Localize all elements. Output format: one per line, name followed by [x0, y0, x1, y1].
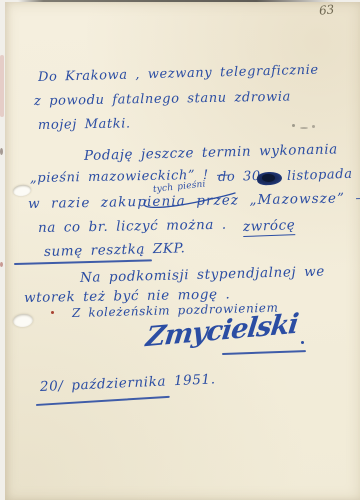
- scan-top-edge-shadow: [18, 0, 336, 2]
- letter-line-5c: listopada: [287, 167, 353, 184]
- red-ink-speck: [51, 311, 54, 314]
- letter-line-5b: do 30: [218, 169, 261, 185]
- scan-edge-mark: [0, 262, 3, 267]
- scan-edge-smudge: [0, 55, 4, 117]
- page-number: 63: [318, 2, 335, 18]
- letter-line-7a: na co br. liczyć można .: [38, 217, 227, 236]
- letter-line-7b-underlined: zwrócę: [243, 217, 296, 237]
- pencil-smudge: [300, 127, 308, 129]
- letter-line-3: mojej Matki.: [38, 116, 131, 133]
- pencil-smudge: [292, 124, 295, 127]
- scan-edge-mark: [0, 148, 3, 155]
- scanned-letter-page: 63 Do Krakowa , wezwany telegraficznie z…: [0, 0, 360, 500]
- pencil-smudge: [312, 125, 315, 128]
- signature-period-dot: [301, 341, 304, 344]
